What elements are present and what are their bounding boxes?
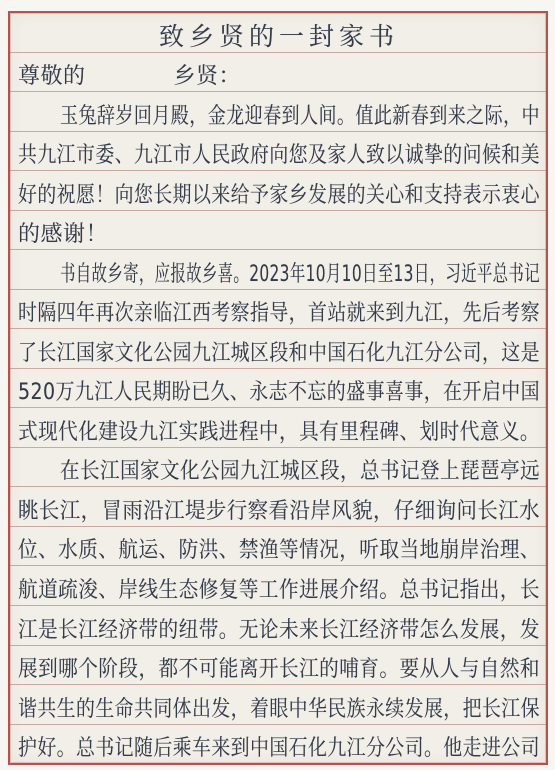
letter-line: 的感谢！ <box>10 211 546 251</box>
salutation-addressee: 乡贤： <box>174 66 242 88</box>
letter-line: 展到哪个阶段，都不可能离开长江的哺育。要从人与自然和 <box>10 646 546 686</box>
letter-line-text: 共九江市委、九江市人民政府向您及家人致以诚挚的问候和美 <box>18 145 540 167</box>
letter-line-text: 位、水质、航运、防洪、禁渔等情况，听取当地崩岸治理、 <box>18 540 540 562</box>
letter-line-text: 式现代化建设九江实践进程中，具有里程碑、划时代意义。 <box>18 422 540 444</box>
salutation-prefix: 尊敬的 <box>18 66 86 88</box>
letter-line: 520万九江人民期盼已久、永志不忘的盛事喜事，在开启中国 <box>10 369 546 409</box>
letter-line: 好的祝愿！向您长期以来给予家乡发展的关心和支持表示衷心 <box>10 171 546 211</box>
letter-line: 式现代化建设九江实践进程中，具有里程碑、划时代意义。 <box>10 408 546 448</box>
letter-line-text: 谐共生的生命共同体出发，着眼中华民族永续发展，把长江保 <box>18 699 540 721</box>
letter-line: 江是长江经济带的纽带。无论未来长江经济带怎么发展，发 <box>10 606 546 646</box>
title-row: 致乡贤的一封家书 <box>10 13 546 53</box>
letter-line: 护好。总书记随后乘车来到中国石化九江分公司。他走进公司 <box>10 725 546 764</box>
letter-line-text: 江是长江经济带的纽带。无论未来长江经济带怎么发展，发 <box>18 620 540 642</box>
letter-line-text: 好的祝愿！向您长期以来给予家乡发展的关心和支持表示衷心 <box>18 185 540 207</box>
letter-line: 眺长江，冒雨沿江堤步行察看沿岸风貌，仔细询问长江水 <box>10 487 546 527</box>
letter-line-text: 眺长江，冒雨沿江堤步行察看沿岸风貌，仔细询问长江水 <box>18 501 540 523</box>
letter-line-text: 了长江国家文化公园九江城区段和中国石化九江分公司，这是 <box>18 343 540 365</box>
letter-line: 在长江国家文化公园九江城区段，总书记登上琵琶亭远 <box>10 448 546 488</box>
letter-line-text: 书自故乡寄，应报故乡喜。2023年10月10日至13日，习近平总书记 <box>60 264 540 286</box>
letter-photo: 致乡贤的一封家书 尊敬的 乡贤： 玉兔辞岁回月殿，金龙迎春到人间。值此新春到来之… <box>0 0 555 770</box>
letter-line-text: 航道疏浚、岸线生态修复等工作进展介绍。总书记指出，长 <box>18 580 540 602</box>
letter-title: 致乡贤的一封家书 <box>159 24 399 49</box>
letter-line-text: 时隔四年再次亲临江西考察指导，首站就来到九江，先后考察 <box>18 303 540 325</box>
letter-line-text: 展到哪个阶段，都不可能离开长江的哺育。要从人与自然和 <box>18 659 540 681</box>
letter-line: 书自故乡寄，应报故乡喜。2023年10月10日至13日，习近平总书记 <box>10 250 546 290</box>
salutation-row: 尊敬的 乡贤： <box>10 53 546 93</box>
letter-line: 了长江国家文化公园九江城区段和中国石化九江分公司，这是 <box>10 329 546 369</box>
letter-line: 谐共生的生命共同体出发，着眼中华民族永续发展，把长江保 <box>10 685 546 725</box>
letter-line: 位、水质、航运、防洪、禁渔等情况，听取当地崩岸治理、 <box>10 527 546 567</box>
letter-line-text: 在长江国家文化公园九江城区段，总书记登上琵琶亭远 <box>60 461 540 483</box>
letter-line-text: 的感谢！ <box>18 224 108 246</box>
letter-line: 航道疏浚、岸线生态修复等工作进展介绍。总书记指出，长 <box>10 566 546 606</box>
letter-line: 共九江市委、九江市人民政府向您及家人致以诚挚的问候和美 <box>10 132 546 172</box>
letter-paper: 致乡贤的一封家书 尊敬的 乡贤： 玉兔辞岁回月殿，金龙迎春到人间。值此新春到来之… <box>8 11 548 765</box>
letter-line-text: 520万九江人民期盼已久、永志不忘的盛事喜事，在开启中国 <box>18 382 540 404</box>
letter-line-text: 护好。总书记随后乘车来到中国石化九江分公司。他走进公司 <box>18 738 540 760</box>
letter-line-text: 玉兔辞岁回月殿，金龙迎春到人间。值此新春到来之际，中 <box>60 106 540 128</box>
letter-line: 玉兔辞岁回月殿，金龙迎春到人间。值此新春到来之际，中 <box>10 92 546 132</box>
letter-line: 时隔四年再次亲临江西考察指导，首站就来到九江，先后考察 <box>10 290 546 330</box>
